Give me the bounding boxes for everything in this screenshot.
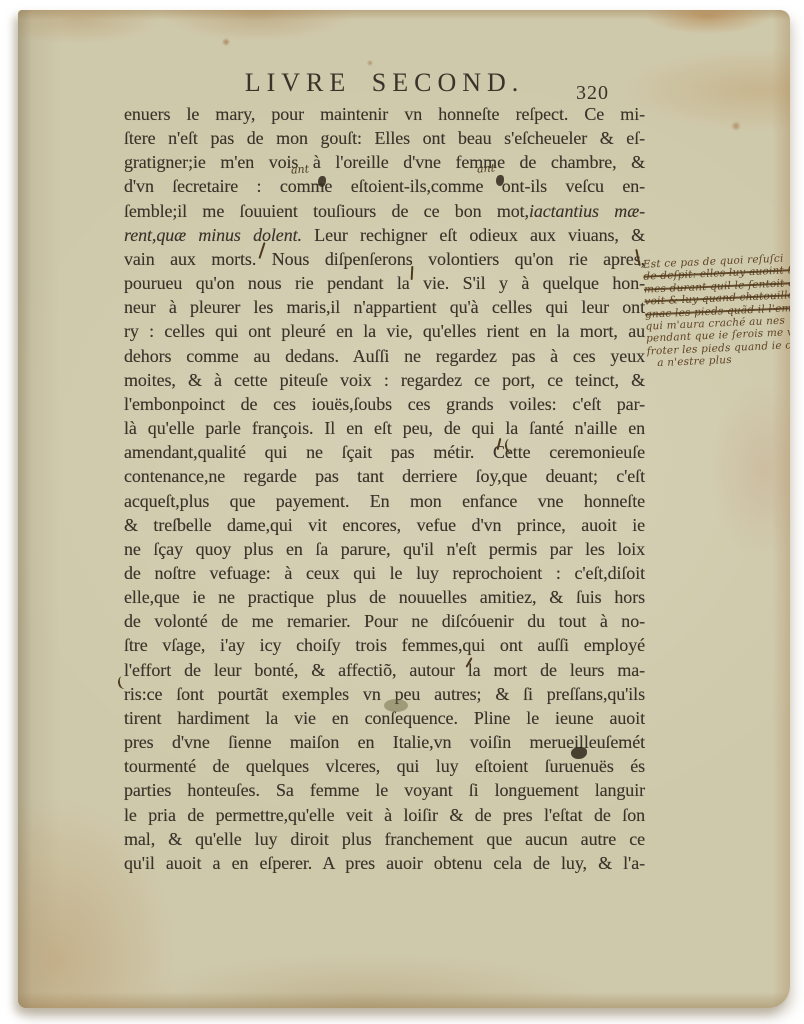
- body-line: pourueu qu'on nous rie pendant la vie. S…: [124, 271, 645, 295]
- body-line: tirent hardiment la vie en conſequence. …: [124, 706, 645, 730]
- body-line: là qu'elle parle françois. Il en eſt peu…: [124, 416, 645, 440]
- latin-quote: rent,quæ minus dolent.: [124, 225, 302, 245]
- body-line: ſtere n'eſt pas de mon gouſt: Elles ont …: [124, 126, 645, 150]
- body-line: neur à pleurer les maris,il n'appartient…: [124, 295, 645, 319]
- body-line: de noſtre vefuage: à ceux qui le luy rep…: [124, 561, 645, 585]
- interlinear-insert-ant: ant: [291, 162, 310, 176]
- body-line: tourmenté de quelques vlceres, qui luy e…: [124, 754, 645, 778]
- photo-background: LIVRE SECOND. 320 enuers le mary, pour m…: [0, 0, 804, 1024]
- body-line: l'effort de leur bonté, & affectiõ, auto…: [124, 658, 645, 682]
- body-line: & treſbelle dame,qui vit encores, vefue …: [124, 513, 645, 537]
- book-page: LIVRE SECOND. 320 enuers le mary, pour m…: [18, 10, 790, 1008]
- body-line: gratigner;ie m'en vois à l'oreille d'vne…: [124, 150, 645, 174]
- body-line: acqueſt,plus que payement. En mon enfanc…: [124, 489, 645, 513]
- interlinear-insert-ant: ant: [477, 161, 496, 175]
- body-line: parties honteuſes. Sa femme le voyant ſi…: [124, 778, 645, 802]
- body-line: contenance,ne regarde pas tant derriere …: [124, 464, 645, 488]
- body-line: mal, & qu'elle luy diroit plus francheme…: [124, 827, 645, 851]
- running-header: LIVRE SECOND.: [124, 68, 645, 98]
- body-line: pres d'vne ſienne maiſon en Italie,vn vo…: [124, 730, 645, 754]
- body-line: enuers le mary, pour maintenir vn honneſ…: [124, 102, 645, 126]
- body-line: d'vn ſecretaire : comme eſtoient-ils,com…: [124, 174, 645, 198]
- body-line: de volonté de me remarier. Pour ne diſcó…: [124, 609, 645, 633]
- marginalia-note: Est ce pas de quoi reſuſci de deſpit: el…: [643, 251, 790, 370]
- body-text-column: enuers le mary, pour maintenir vn honneſ…: [124, 102, 645, 875]
- body-line: l'embonpoinct de ces iouës,ſoubs ces gra…: [124, 392, 645, 416]
- body-line: rent,quæ minus dolent. Leur rechigner eſ…: [124, 223, 645, 247]
- body-line: elle,que ie ne practique plus de nouuell…: [124, 585, 645, 609]
- body-line: le pria de permettre,qu'elle veit à loiſ…: [124, 803, 645, 827]
- body-line: dehors comme au dedans. Auſſi ne regarde…: [124, 344, 645, 368]
- body-line: ſtre vſage, i'ay icy choiſy trois femmes…: [124, 633, 645, 657]
- body-line: ſemble;il me ſouuient touſiours de ce bo…: [124, 199, 645, 223]
- body-line: vain aux morts. Nous diſpenſerons volont…: [124, 247, 645, 271]
- body-line: moites, & à cette piteuſe voix : regarde…: [124, 368, 645, 392]
- latin-quote: iactantius mæ-: [529, 201, 645, 221]
- body-line: ry : celles qui ont pleuré en la vie, qu…: [124, 319, 645, 343]
- body-line: amendant,qualité qui ne ſçait pas métir.…: [124, 440, 645, 464]
- body-line: ne ſçay quoy plus en ſa parure, qu'il n'…: [124, 537, 645, 561]
- ink-smudge-consequence: [384, 699, 408, 712]
- body-line: qu'il auoit a en eſperer. A pres auoir o…: [124, 851, 645, 875]
